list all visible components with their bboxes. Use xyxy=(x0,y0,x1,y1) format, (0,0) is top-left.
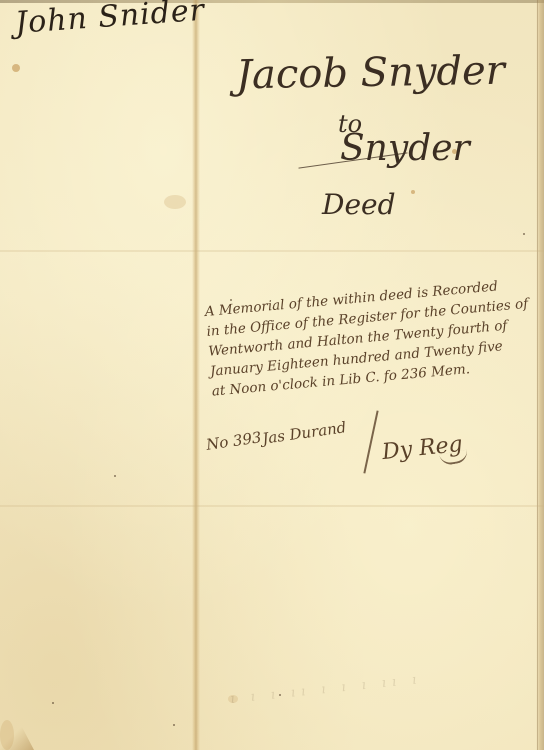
ink-speck xyxy=(523,233,525,235)
ink-speck xyxy=(52,702,54,704)
ink-speck xyxy=(114,475,116,477)
document-type: Deed xyxy=(322,188,396,221)
registrar-signature: Jas Durand xyxy=(261,418,347,448)
bleed-through-marks: ı ı ı ıı ı ı ı ıı ı xyxy=(230,672,423,707)
signature-bracket xyxy=(363,410,378,473)
registry-memorial: A Memorial of the within deed is Recorde… xyxy=(204,272,544,401)
stain-spot xyxy=(411,190,415,194)
paper-right-edge xyxy=(537,0,538,750)
horizontal-fold-trace xyxy=(0,250,544,252)
stain-spot xyxy=(164,195,186,209)
vertical-fold-line xyxy=(192,0,200,750)
ink-speck xyxy=(173,724,175,726)
grantee-name: Snyder xyxy=(340,128,470,169)
grantor-name: Jacob Snyder xyxy=(236,48,506,99)
docket-name: John Snider xyxy=(14,0,206,41)
horizontal-fold-trace xyxy=(0,505,544,507)
memorial-number: No 393 xyxy=(205,428,263,454)
stain-spot xyxy=(12,64,20,72)
document-page: John Snider Jacob Snyder to Snyder Deed … xyxy=(0,0,544,750)
